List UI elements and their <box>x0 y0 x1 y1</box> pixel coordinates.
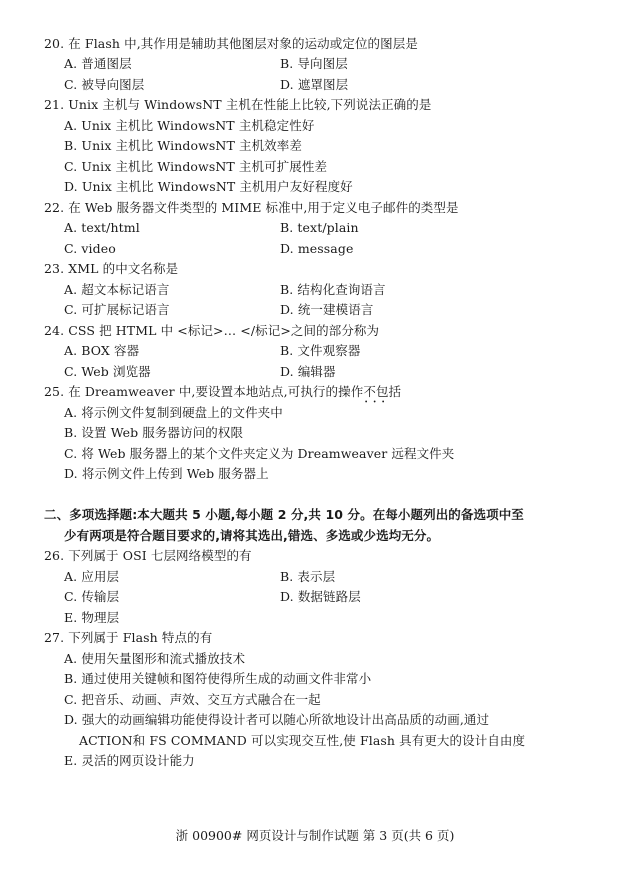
question-22-option-a: A. text/html <box>64 220 140 236</box>
question-25-stem: 25. 在 Dreamweaver 中,要设置本地站点,可执行的操作不包括 <box>44 384 401 400</box>
question-20-option-d: D. 遮罩图层 <box>280 77 348 93</box>
question-21-option-a: A. Unix 主机比 WindowsNT 主机稳定性好 <box>64 118 314 134</box>
question-24-stem: 24. CSS 把 HTML 中 <标记>… </标记>之间的部分称为 <box>44 323 379 339</box>
question-25-option-d: D. 将示例文件上传到 Web 服务器上 <box>64 466 269 482</box>
question-21-option-d: D. Unix 主机比 WindowsNT 主机用户友好程度好 <box>64 179 353 195</box>
question-22-option-d: D. message <box>280 241 353 257</box>
question-27-option-b: B. 通过使用关键帧和图符使得所生成的动画文件非常小 <box>64 671 371 687</box>
section-2-heading-line2: 少有两项是符合题目要求的,请将其选出,错选、多选或少选均无分。 <box>64 528 439 544</box>
question-27-option-d: D. 强大的动画编辑功能使得设计者可以随心所欲地设计出高品质的动画,通过 <box>64 712 489 728</box>
question-23-option-a: A. 超文本标记语言 <box>64 282 169 298</box>
question-21-option-c: C. Unix 主机比 WindowsNT 主机可扩展性差 <box>64 159 327 175</box>
question-26-option-e: E. 物理层 <box>64 610 119 626</box>
question-26-option-a: A. 应用层 <box>64 569 119 585</box>
question-27-option-d-continued: ACTION和 FS COMMAND 可以实现交互性,使 Flash 具有更大的… <box>79 733 525 749</box>
question-27-stem: 27. 下列属于 Flash 特点的有 <box>44 630 212 646</box>
question-25-option-a: A. 将示例文件复制到硬盘上的文件夹中 <box>64 405 283 421</box>
question-26-stem: 26. 下列属于 OSI 七层网络模型的有 <box>44 548 252 564</box>
question-22-option-b: B. text/plain <box>280 220 359 236</box>
question-27-option-c: C. 把音乐、动画、声效、交互方式融合在一起 <box>64 692 321 708</box>
question-23-option-c: C. 可扩展标记语言 <box>64 302 170 318</box>
exam-page: 20. 在 Flash 中,其作用是辅助其他图层对象的运动或定位的图层是 A. … <box>0 0 630 889</box>
question-25-emphasis: 不包括 <box>363 384 401 399</box>
question-22-option-c: C. video <box>64 241 116 257</box>
question-21-option-b: B. Unix 主机比 WindowsNT 主机效率差 <box>64 138 302 154</box>
question-24-option-b: B. 文件观察器 <box>280 343 360 359</box>
question-20-option-c: C. 被导向图层 <box>64 77 144 93</box>
question-26-option-d: D. 数据链路层 <box>280 589 361 605</box>
page-footer: 浙 00900# 网页设计与制作试题 第 3 页(共 6 页) <box>0 826 630 844</box>
question-27-option-e: E. 灵活的网页设计能力 <box>64 753 195 769</box>
question-24-option-c: C. Web 浏览器 <box>64 364 151 380</box>
question-26-option-b: B. 表示层 <box>280 569 335 585</box>
question-24-option-d: D. 编辑器 <box>280 364 336 380</box>
question-25-stem-text: 25. 在 Dreamweaver 中,要设置本地站点,可执行的操作 <box>44 384 363 399</box>
question-21-stem: 21. Unix 主机与 WindowsNT 主机在性能上比较,下列说法正确的是 <box>44 97 431 113</box>
question-23-stem: 23. XML 的中文名称是 <box>44 261 178 277</box>
question-25-option-b: B. 设置 Web 服务器访问的权限 <box>64 425 243 441</box>
question-23-option-d: D. 统一建模语言 <box>280 302 373 318</box>
question-27-option-a: A. 使用矢量图形和流式播放技术 <box>64 651 245 667</box>
question-25-option-c: C. 将 Web 服务器上的某个文件夹定义为 Dreamweaver 远程文件夹 <box>64 446 454 462</box>
section-2-heading-line1: 二、多项选择题:本大题共 5 小题,每小题 2 分,共 10 分。在每小题列出的… <box>44 507 524 523</box>
question-26-option-c: C. 传输层 <box>64 589 119 605</box>
question-24-option-a: A. BOX 容器 <box>64 343 139 359</box>
question-20-stem: 20. 在 Flash 中,其作用是辅助其他图层对象的运动或定位的图层是 <box>44 36 418 52</box>
question-20-option-a: A. 普通图层 <box>64 56 132 72</box>
question-23-option-b: B. 结构化查询语言 <box>280 282 386 298</box>
question-20-option-b: B. 导向图层 <box>280 56 348 72</box>
question-22-stem: 22. 在 Web 服务器文件类型的 MIME 标准中,用于定义电子邮件的类型是 <box>44 200 459 216</box>
